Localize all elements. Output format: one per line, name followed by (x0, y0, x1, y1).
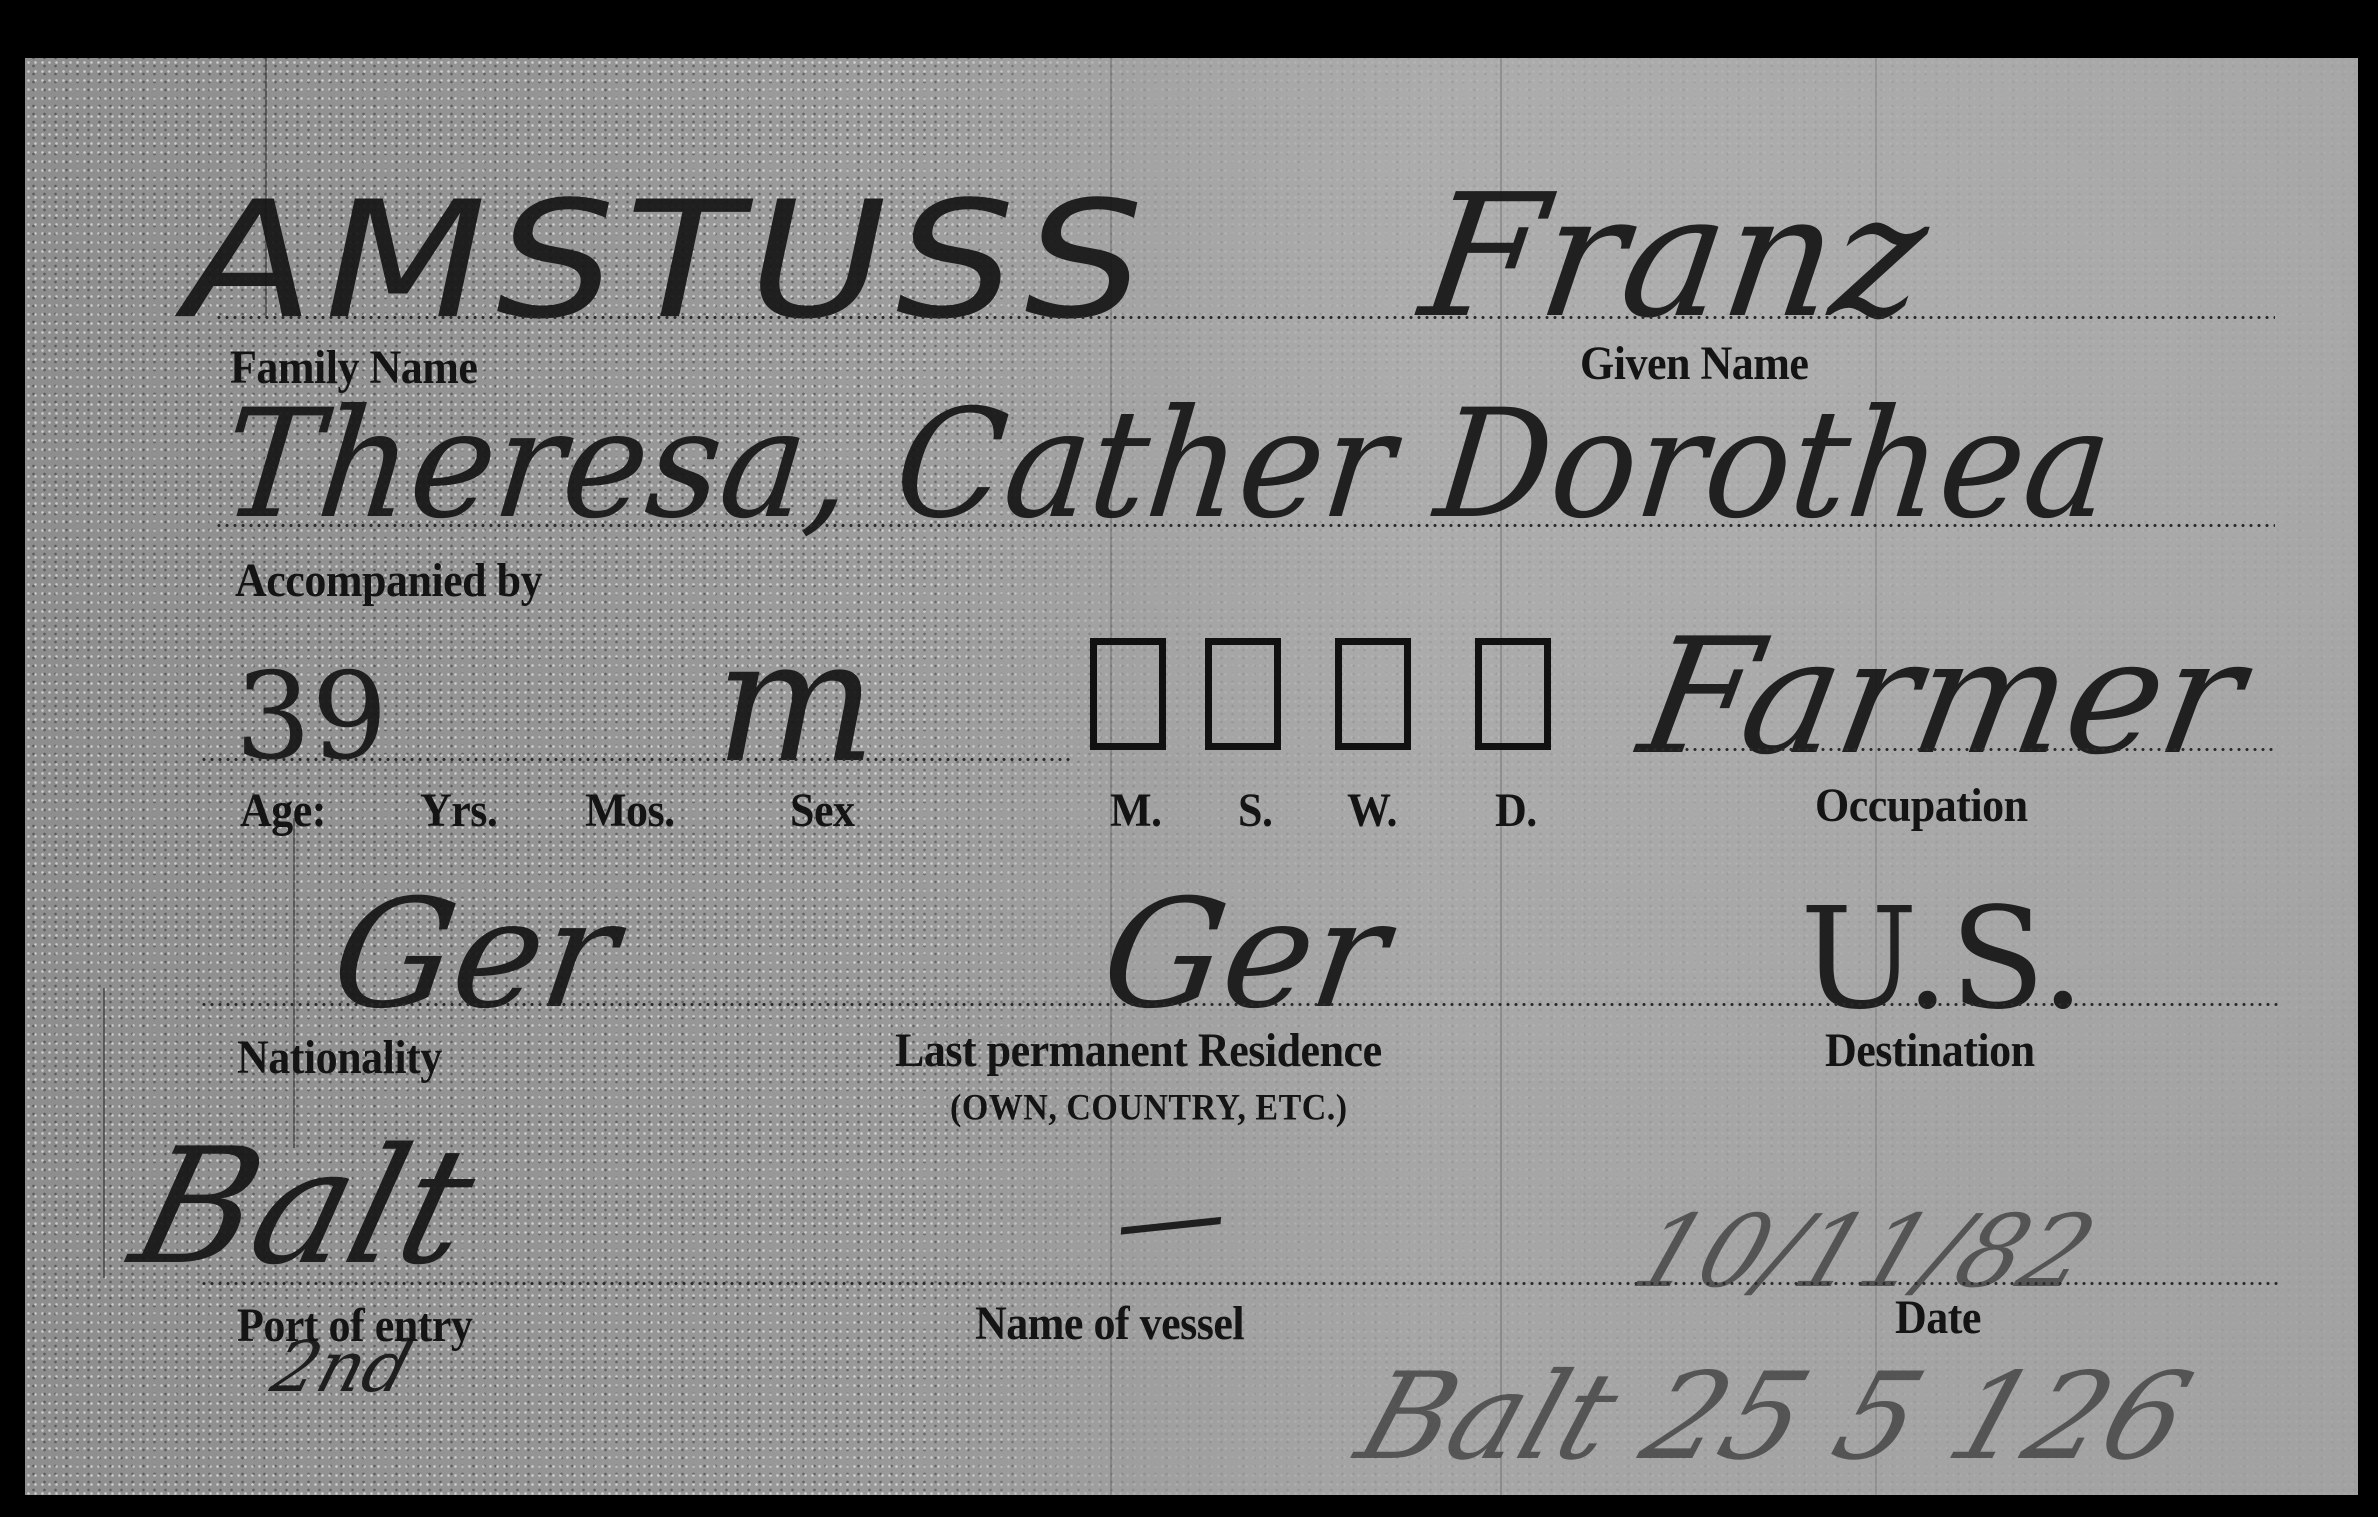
film-scratch (293, 818, 295, 1148)
nationality-value: Ger (323, 868, 628, 1042)
last-residence-value: Ger (1093, 868, 1398, 1042)
family-name-value: AMSTUSS (165, 167, 1172, 355)
accompanied-by-line (215, 524, 2275, 527)
date-label: Date (1895, 1290, 1981, 1345)
marital-married-checkbox[interactable] (1090, 638, 1166, 750)
married-label: M. (1110, 783, 1162, 838)
immigration-index-card: AMSTUSS Franz Family Name Given Name The… (25, 58, 2358, 1495)
port-of-entry-value: Balt (117, 1113, 492, 1300)
date-value: 10/11/82 (1619, 1193, 2111, 1310)
family-name-line (215, 316, 2275, 319)
last-residence-hint: (OWN, COUNTRY, ETC.) (950, 1088, 1348, 1129)
vessel-value: — (1109, 1148, 1232, 1287)
vessel-label: Name of vessel (975, 1296, 1244, 1351)
single-label: S. (1238, 783, 1272, 838)
port-line (200, 1282, 2280, 1285)
reference-annotation: Balt 25 5 126 (1342, 1348, 2206, 1487)
marital-single-checkbox[interactable] (1205, 638, 1281, 750)
occupation-value: Farmer (1629, 603, 2257, 790)
last-residence-label: Last permanent Residence (895, 1023, 1382, 1078)
port-of-entry-note: 2nd (263, 1326, 421, 1408)
occupation-line (1635, 748, 2275, 751)
destination-value: U.S. (1800, 878, 2085, 1041)
months-label: Mos. (585, 783, 675, 838)
given-name-value: Franz (1411, 158, 1938, 356)
age-label: Age: (240, 783, 326, 838)
marital-divorced-checkbox[interactable] (1475, 638, 1551, 750)
age-sex-line (200, 758, 1070, 761)
years-label: Yrs. (420, 783, 497, 838)
destination-label: Destination (1825, 1023, 2035, 1078)
nationality-line (200, 1003, 2280, 1006)
nationality-label: Nationality (237, 1030, 442, 1085)
widowed-label: W. (1347, 783, 1397, 838)
sex-value: m (715, 603, 876, 801)
occupation-label: Occupation (1815, 778, 2028, 833)
marital-widowed-checkbox[interactable] (1335, 638, 1411, 750)
accompanied-by-label: Accompanied by (235, 553, 542, 608)
sex-label: Sex (790, 783, 855, 838)
film-scratch (103, 988, 105, 1278)
divorced-label: D. (1495, 783, 1537, 838)
age-years-value: 39 (235, 648, 388, 787)
